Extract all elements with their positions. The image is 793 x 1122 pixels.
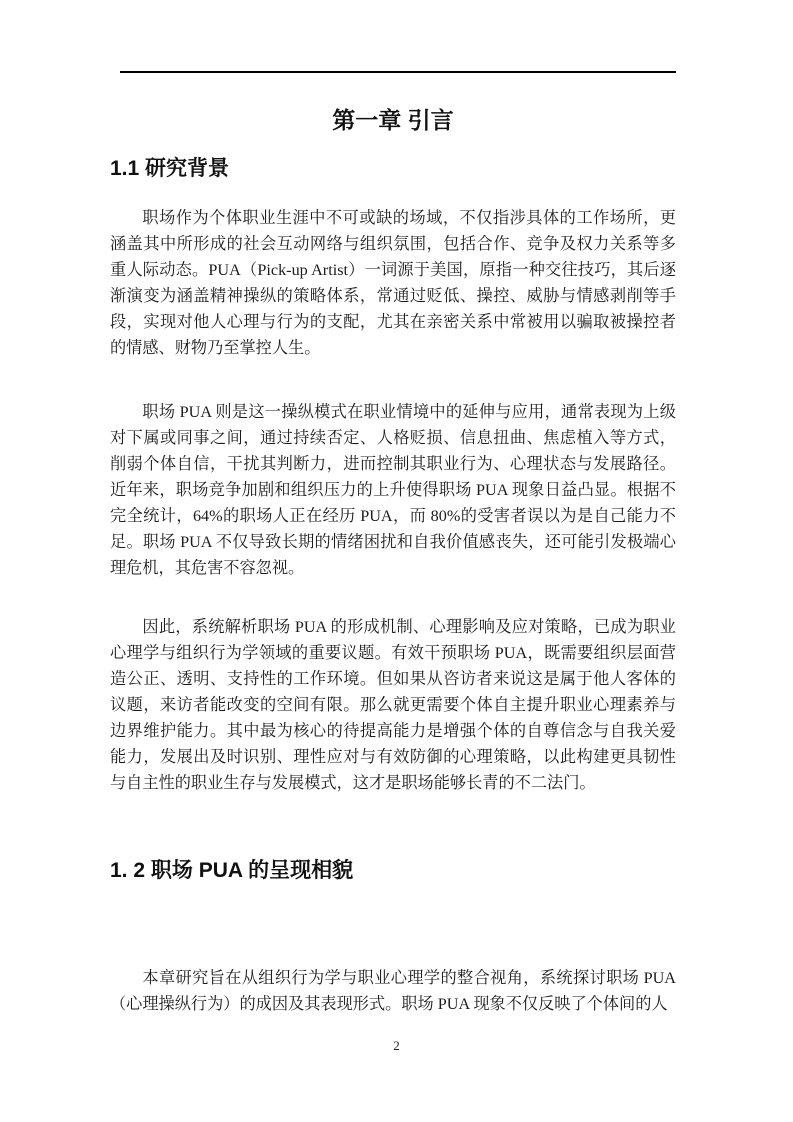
section-heading-1-2: 1. 2 职场 PUA 的呈现相貌 bbox=[110, 857, 676, 885]
paragraph: 职场 PUA 则是这一操纵模式在职业情境中的延伸与应用，通常表现为上级对下属或同… bbox=[110, 399, 676, 581]
page-content: 第一章 引言 1.1 研究背景 职场作为个体职业生涯中不可或缺的场域，不仅指涉具… bbox=[110, 71, 676, 1017]
section-heading-1-1: 1.1 研究背景 bbox=[110, 155, 676, 183]
chapter-title: 第一章 引言 bbox=[110, 105, 676, 135]
document-page: 第一章 引言 1.1 研究背景 职场作为个体职业生涯中不可或缺的场域，不仅指涉具… bbox=[0, 0, 793, 1122]
page-number: 2 bbox=[0, 1038, 793, 1054]
paragraph: 职场作为个体职业生涯中不可或缺的场域，不仅指涉具体的工作场所，更涵盖其中所形成的… bbox=[110, 205, 676, 361]
paragraph: 因此，系统解析职场 PUA 的形成机制、心理影响及应对策略，已成为职业心理学与组… bbox=[110, 614, 676, 796]
paragraph: 本章研究旨在从组织行为学与职业心理学的整合视角，系统探讨职场 PUA（心理操纵行… bbox=[110, 965, 676, 1017]
header-rule bbox=[120, 71, 676, 73]
